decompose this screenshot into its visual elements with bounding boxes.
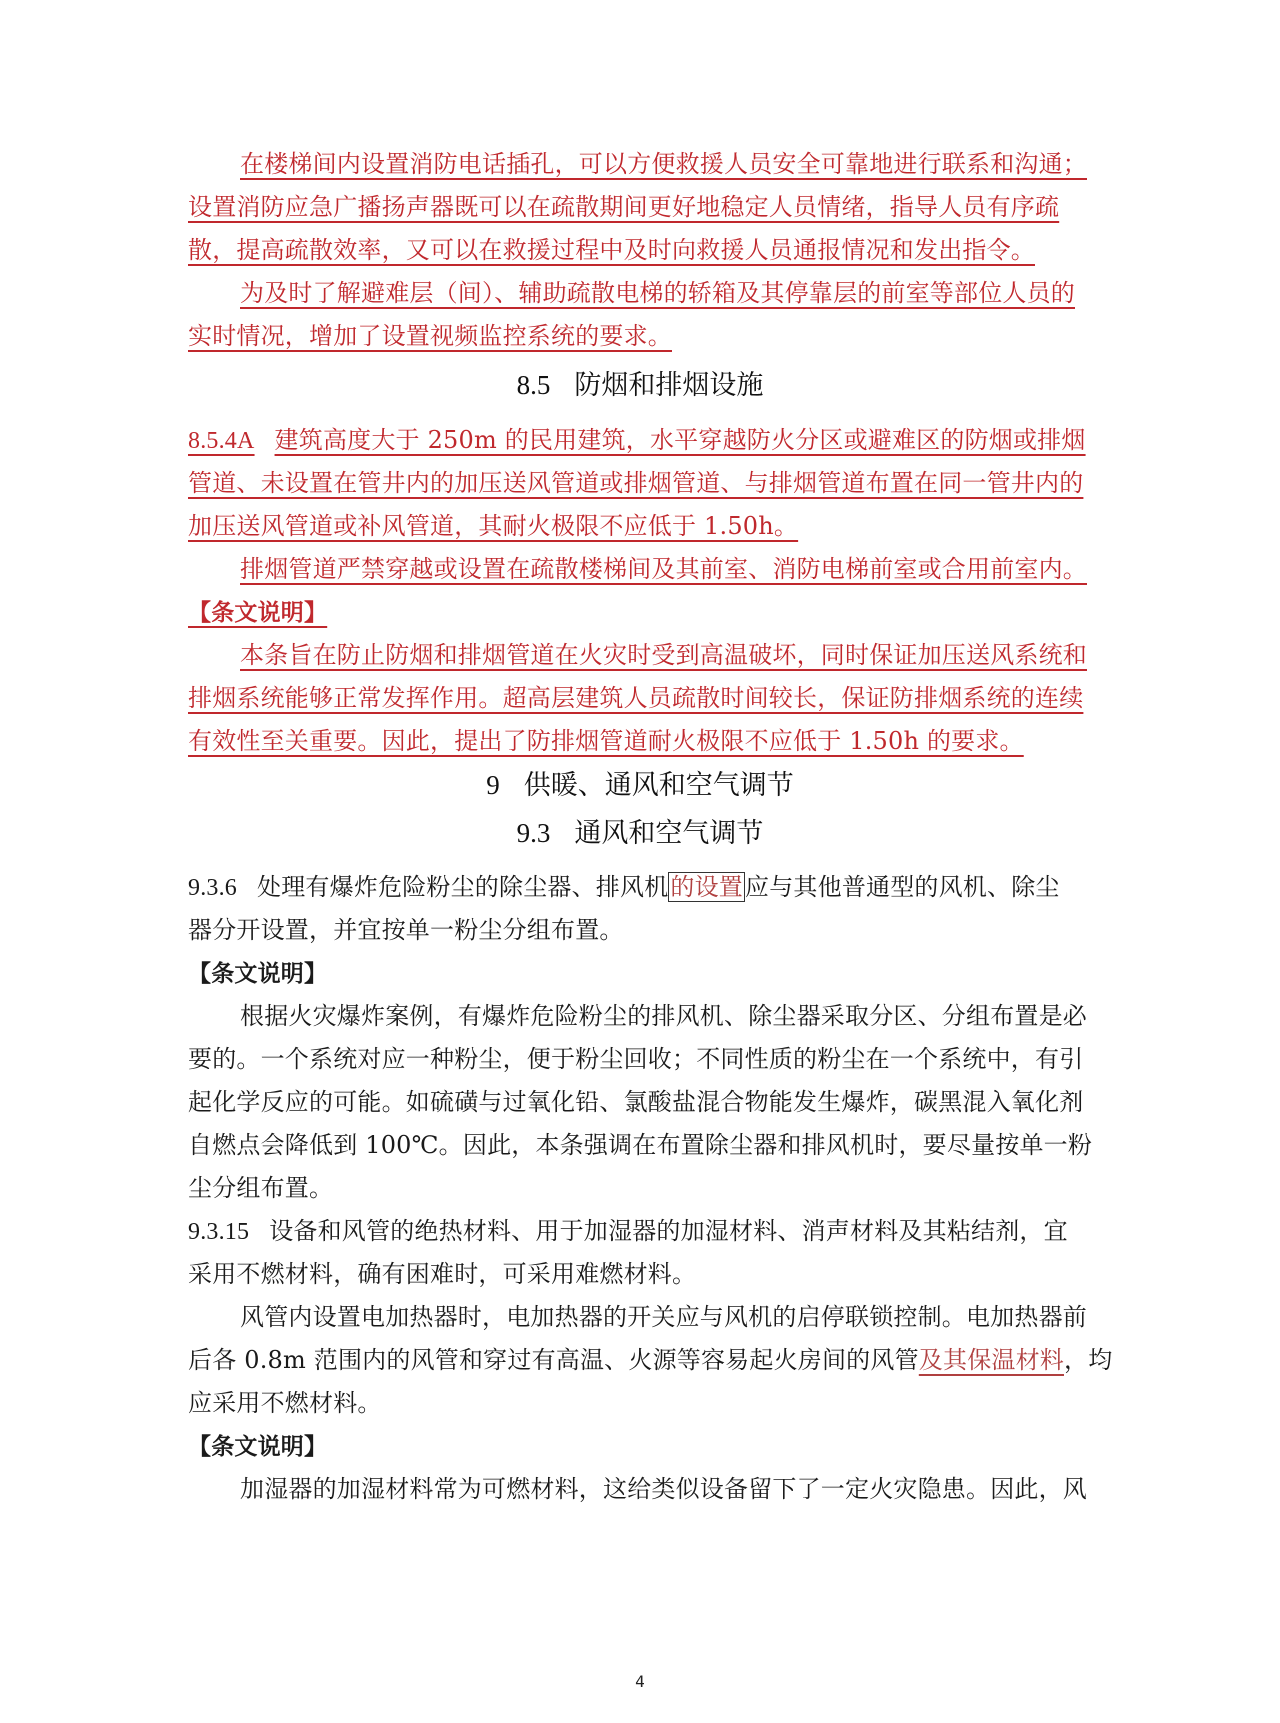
revision-text: 实时情况，增加了设置视频监控系统的要求。 xyxy=(188,322,672,350)
explanation-text: 有效性至关重要。因此，提出了防排烟管道耐火极限不应低于 1.50h 的要求。 xyxy=(188,727,1024,755)
revision-line: 散，提高疏散效率，又可以在救援过程中及时向救援人员通报情况和发出指令。 xyxy=(188,235,1128,265)
clause-text: 应与其他普通型的风机、除尘 xyxy=(745,873,1060,901)
revision-line: 为及时了解避难层（间）、辅助疏散电梯的轿箱及其停靠层的前室等部位人员的 xyxy=(240,278,1128,308)
revision-line: 实时情况，增加了设置视频监控系统的要求。 xyxy=(188,321,1128,351)
clause-9-3-15-line: 9.3.15设备和风管的绝热材料、用于加湿器的加湿材料、消声材料及其粘结剂，宜 xyxy=(188,1216,1128,1247)
explanation-text: 尘分组布置。 xyxy=(188,1174,333,1202)
clause-8-5-4A-line: 加压送风管道或补风管道，其耐火极限不应低于 1.50h。 xyxy=(188,511,1128,541)
explanation-line: 自燃点会降低到 100℃。因此，本条强调在布置除尘器和排风机时，要尽量按单一粉 xyxy=(188,1130,1128,1160)
clause-8-5-4A-para2: 排烟管道严禁穿越或设置在疏散楼梯间及其前室、消防电梯前室或合用前室内。 xyxy=(240,554,1128,584)
explanation-line: 有效性至关重要。因此，提出了防排烟管道耐火极限不应低于 1.50h 的要求。 xyxy=(188,726,1128,756)
explanation-label-9-3-6: 【条文说明】 xyxy=(188,958,1128,989)
clause-number: 9.3.15 xyxy=(188,1219,249,1245)
revision-text: 为及时了解避难层（间）、辅助疏散电梯的轿箱及其停靠层的前室等部位人员的 xyxy=(240,279,1075,307)
clause-text: 处理有爆炸危险粉尘的除尘器、排风机 xyxy=(257,873,668,901)
clause-9-3-15-para2: 后各 0.8m 范围内的风管和穿过有高温、火源等容易起火房间的风管及其保温材料，… xyxy=(188,1345,1128,1375)
explanation-text: 加湿器的加湿材料常为可燃材料，这给类似设备留下了一定火灾隐患。因此，风 xyxy=(240,1475,1087,1503)
explanation-text: 本条旨在防止防烟和排烟管道在火灾时受到高温破坏，同时保证加压送风系统和 xyxy=(240,641,1087,669)
explanation-label: 【条文说明】 xyxy=(188,1434,327,1460)
clause-text: 建筑高度大于 250m 的民用建筑，水平穿越防火分区或避难区的防烟或排烟 xyxy=(275,426,1086,454)
explanation-text: 自燃点会降低到 100℃。因此，本条强调在布置除尘器和排风机时，要尽量按单一粉 xyxy=(188,1131,1092,1159)
explanation-line: 尘分组布置。 xyxy=(188,1173,1128,1203)
explanation-text: 排烟系统能够正常发挥作用。超高层建筑人员疏散时间较长，保证防排烟系统的连续 xyxy=(188,684,1083,712)
chapter-title: 供暖、通风和空气调节 xyxy=(524,770,794,801)
explanation-label-9-3-15: 【条文说明】 xyxy=(188,1431,1128,1462)
explanation-line: 要的。一个系统对应一种粉尘，便于粉尘回收；不同性质的粉尘在一个系统中，有引 xyxy=(188,1044,1128,1074)
revision-text: 设置消防应急广播扬声器既可以在疏散期间更好地稳定人员情绪，指导人员有序疏 xyxy=(188,193,1059,221)
clause-text: 加压送风管道或补风管道，其耐火极限不应低于 1.50h。 xyxy=(188,512,798,540)
clause-text: 管道、未设置在管井内的加压送风管道或排烟管道、与排烟管道布置在同一管井内的 xyxy=(188,469,1083,497)
page-number: 4 xyxy=(0,1672,1280,1691)
section-number: 9.3 xyxy=(517,818,551,848)
clause-9-3-15-line: 采用不燃材料，确有困难时，可采用难燃材料。 xyxy=(188,1259,1128,1289)
explanation-text: 要的。一个系统对应一种粉尘，便于粉尘回收；不同性质的粉尘在一个系统中，有引 xyxy=(188,1045,1083,1073)
clause-text: ，均 xyxy=(1064,1346,1112,1374)
clause-text: 后各 0.8m 范围内的风管和穿过有高温、火源等容易起火房间的风管 xyxy=(188,1346,919,1374)
clause-text: 设备和风管的绝热材料、用于加湿器的加湿材料、消声材料及其粘结剂，宜 xyxy=(269,1217,1068,1245)
chapter-heading-9: 9供暖、通风和空气调节 xyxy=(0,768,1280,803)
clause-text: 应采用不燃材料。 xyxy=(188,1389,382,1417)
section-number: 8.5 xyxy=(517,370,551,400)
clause-9-3-6-line: 器分开设置，并宜按单一粉尘分组布置。 xyxy=(188,915,1128,945)
section-heading-9-3: 9.3通风和空气调节 xyxy=(0,816,1280,851)
revision-text: 在楼梯间内设置消防电话插孔，可以方便救援人员安全可靠地进行联系和沟通； xyxy=(240,150,1087,178)
explanation-label-8-5: 【条文说明】 xyxy=(188,597,1128,628)
revision-line: 在楼梯间内设置消防电话插孔，可以方便救援人员安全可靠地进行联系和沟通； xyxy=(240,149,1128,179)
clause-8-5-4A-line: 8.5.4A建筑高度大于 250m 的民用建筑，水平穿越防火分区或避难区的防烟或… xyxy=(188,425,1128,456)
explanation-label: 【条文说明】 xyxy=(188,600,327,626)
explanation-line: 排烟系统能够正常发挥作用。超高层建筑人员疏散时间较长，保证防排烟系统的连续 xyxy=(188,683,1128,713)
clause-text: 采用不燃材料，确有困难时，可采用难燃材料。 xyxy=(188,1260,696,1288)
explanation-line: 本条旨在防止防烟和排烟管道在火灾时受到高温破坏，同时保证加压送风系统和 xyxy=(240,640,1128,670)
clause-text: 排烟管道严禁穿越或设置在疏散楼梯间及其前室、消防电梯前室或合用前室内。 xyxy=(240,555,1087,583)
clause-number: 8.5.4A xyxy=(188,428,255,454)
deleted-text-box: 的设置 xyxy=(668,872,745,902)
section-title: 通风和空气调节 xyxy=(574,818,763,849)
revision-line: 设置消防应急广播扬声器既可以在疏散期间更好地稳定人员情绪，指导人员有序疏 xyxy=(188,192,1128,222)
explanation-line: 加湿器的加湿材料常为可燃材料，这给类似设备留下了一定火灾隐患。因此，风 xyxy=(240,1474,1128,1504)
explanation-line: 根据火灾爆炸案例，有爆炸危险粉尘的排风机、除尘器采取分区、分组布置是必 xyxy=(240,1001,1128,1031)
chapter-number: 9 xyxy=(486,770,500,800)
clause-number: 9.3.6 xyxy=(188,875,237,901)
section-title: 防烟和排烟设施 xyxy=(574,370,763,401)
clause-text: 风管内设置电加热器时，电加热器的开关应与风机的启停联锁控制。电加热器前 xyxy=(240,1303,1087,1331)
clause-9-3-15-para2: 风管内设置电加热器时，电加热器的开关应与风机的启停联锁控制。电加热器前 xyxy=(240,1302,1128,1332)
document-page: 在楼梯间内设置消防电话插孔，可以方便救援人员安全可靠地进行联系和沟通； 设置消防… xyxy=(0,0,1280,1723)
clause-8-5-4A-line: 管道、未设置在管井内的加压送风管道或排烟管道、与排烟管道布置在同一管井内的 xyxy=(188,468,1128,498)
inserted-text: 及其保温材料 xyxy=(919,1346,1064,1374)
clause-9-3-15-para2: 应采用不燃材料。 xyxy=(188,1388,1128,1418)
explanation-line: 起化学反应的可能。如硫磺与过氧化铅、氯酸盐混合物能发生爆炸，碳黑混入氧化剂 xyxy=(188,1087,1128,1117)
explanation-label: 【条文说明】 xyxy=(188,961,327,987)
section-heading-8-5: 8.5防烟和排烟设施 xyxy=(0,368,1280,403)
clause-text: 器分开设置，并宜按单一粉尘分组布置。 xyxy=(188,916,624,944)
explanation-text: 根据火灾爆炸案例，有爆炸危险粉尘的排风机、除尘器采取分区、分组布置是必 xyxy=(240,1002,1087,1030)
revision-text: 散，提高疏散效率，又可以在救援过程中及时向救援人员通报情况和发出指令。 xyxy=(188,236,1035,264)
clause-9-3-6-line: 9.3.6处理有爆炸危险粉尘的除尘器、排风机的设置应与其他普通型的风机、除尘 xyxy=(188,872,1128,903)
explanation-text: 起化学反应的可能。如硫磺与过氧化铅、氯酸盐混合物能发生爆炸，碳黑混入氧化剂 xyxy=(188,1088,1083,1116)
